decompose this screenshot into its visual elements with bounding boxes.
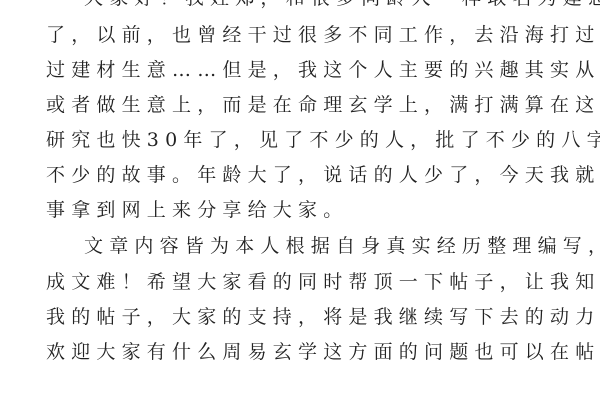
text-line: 文章内容皆为本人根据自身真实经历整理编写，赏文容易，	[84, 231, 600, 261]
text-line: 了，以前，也曾经干过很多不同工作，去沿海打过工，在广东做	[46, 20, 600, 50]
text-line: 欢迎大家有什么周易玄学这方面的问题也可以在帖子里面提出	[46, 337, 600, 367]
text-line: 事拿到网上来分享给大家。	[46, 195, 348, 225]
text-line: 或者做生意上，而是在命理玄学上，满打满算在这命理玄学上的	[46, 90, 600, 120]
text-line: 我的帖子，大家的支持，将是我继续写下去的动力，当然同时也	[46, 302, 600, 332]
text-line: 不少的故事。年龄大了，说话的人少了，今天我就把我的这些故	[46, 160, 600, 190]
text-line: 研究也快30年了，见了不少的人，批了不少的八字，也就有了	[46, 125, 600, 155]
text-line: 成文难！希望大家看的同时帮顶一下帖子，让我知道还有人喜欢	[46, 267, 600, 297]
text-line: 过建材生意……但是，我这个人主要的兴趣其实从来就不在打工	[46, 55, 600, 85]
document-page: 大家好！我姓郑，和很多同龄人一样取名为建忠，今年55 了，以前，也曾经干过很多不…	[0, 0, 600, 400]
text-line: 大家好！我姓郑，和很多同龄人一样取名为建忠，今年55	[84, 0, 600, 13]
